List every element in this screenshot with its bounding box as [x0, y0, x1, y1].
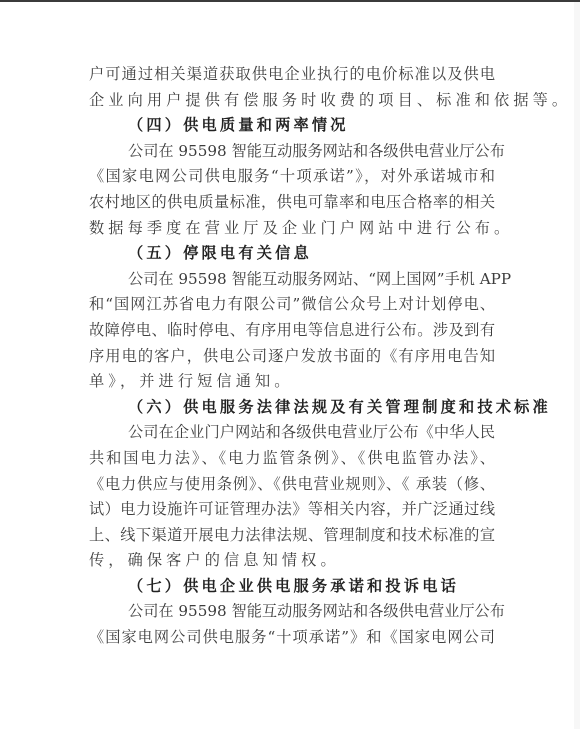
paragraph-line: 《国家电网公司供电服务“十项承诺”》，对外承诺城市和	[89, 164, 495, 190]
paragraph-line: 故障停电、临时停电、有序用电等信息进行公布。涉及到有	[89, 318, 495, 344]
paragraph-first-line: 公司在企业门户网站和各级供电营业厅公布《中华人民	[89, 420, 495, 446]
paragraph-line: 和“国网江苏省电力有限公司”微信公众号上对计划停电、	[89, 292, 495, 318]
paragraph-line: 上、线下渠道开展电力法律法规、管理制度和技术标准的宣	[89, 523, 495, 549]
page-right-edge	[574, 2, 580, 729]
paragraph-first-line: 公司在 95598 智能互动服务网站、“网上国网”手机 APP	[89, 267, 495, 293]
paragraph-line: 序用电的客户，供电公司逐户发放书面的《有序用电告知	[89, 344, 495, 370]
paragraph-first-line: 公司在 95598 智能互动服务网站和各级供电营业厅公布	[89, 599, 495, 625]
paragraph-line: 共和国电力法》、《电力监管条例》、《供电监管办法》、	[89, 446, 495, 472]
paragraph-line: 《电力供应与使用条例》、《供电营业规则》、《 承装（修、	[89, 472, 495, 498]
paragraph-first-line: 公司在 95598 智能互动服务网站和各级供电营业厅公布	[89, 139, 495, 165]
paragraph-line: 《国家电网公司供电服务“十项承诺”》和《国家电网公司	[89, 625, 495, 651]
paragraph-last-line: 单》，并进行短信通知。	[89, 369, 495, 395]
paragraph-last-line: 数据每季度在营业厅及企业门户网站中进行公布。	[89, 216, 495, 242]
paragraph-last-line: 传，确保客户的信息知情权。	[89, 548, 495, 574]
paragraph-last-line: 企业向用户提供有偿服务时收费的项目、标准和依据等。	[89, 88, 495, 114]
paragraph-line: 农村地区的供电质量标准，供电可靠率和电压合格率的相关	[89, 190, 495, 216]
section-heading: （七）供电企业供电服务承诺和投诉电话	[89, 574, 495, 600]
paragraph-line: 试）电力设施许可证管理办法》等相关内容，并广泛通过线	[89, 497, 495, 523]
section-heading: （五）停限电有关信息	[89, 241, 495, 267]
page-top-border	[0, 0, 580, 2]
paragraph-line: 户可通过相关渠道获取供电企业执行的电价标准以及供电	[89, 62, 495, 88]
section-heading: （六）供电服务法律法规及有关管理制度和技术标准	[89, 395, 495, 421]
document-page: 户可通过相关渠道获取供电企业执行的电价标准以及供电企业向用户提供有偿服务时收费的…	[89, 62, 495, 651]
section-heading: （四）供电质量和两率情况	[89, 113, 495, 139]
